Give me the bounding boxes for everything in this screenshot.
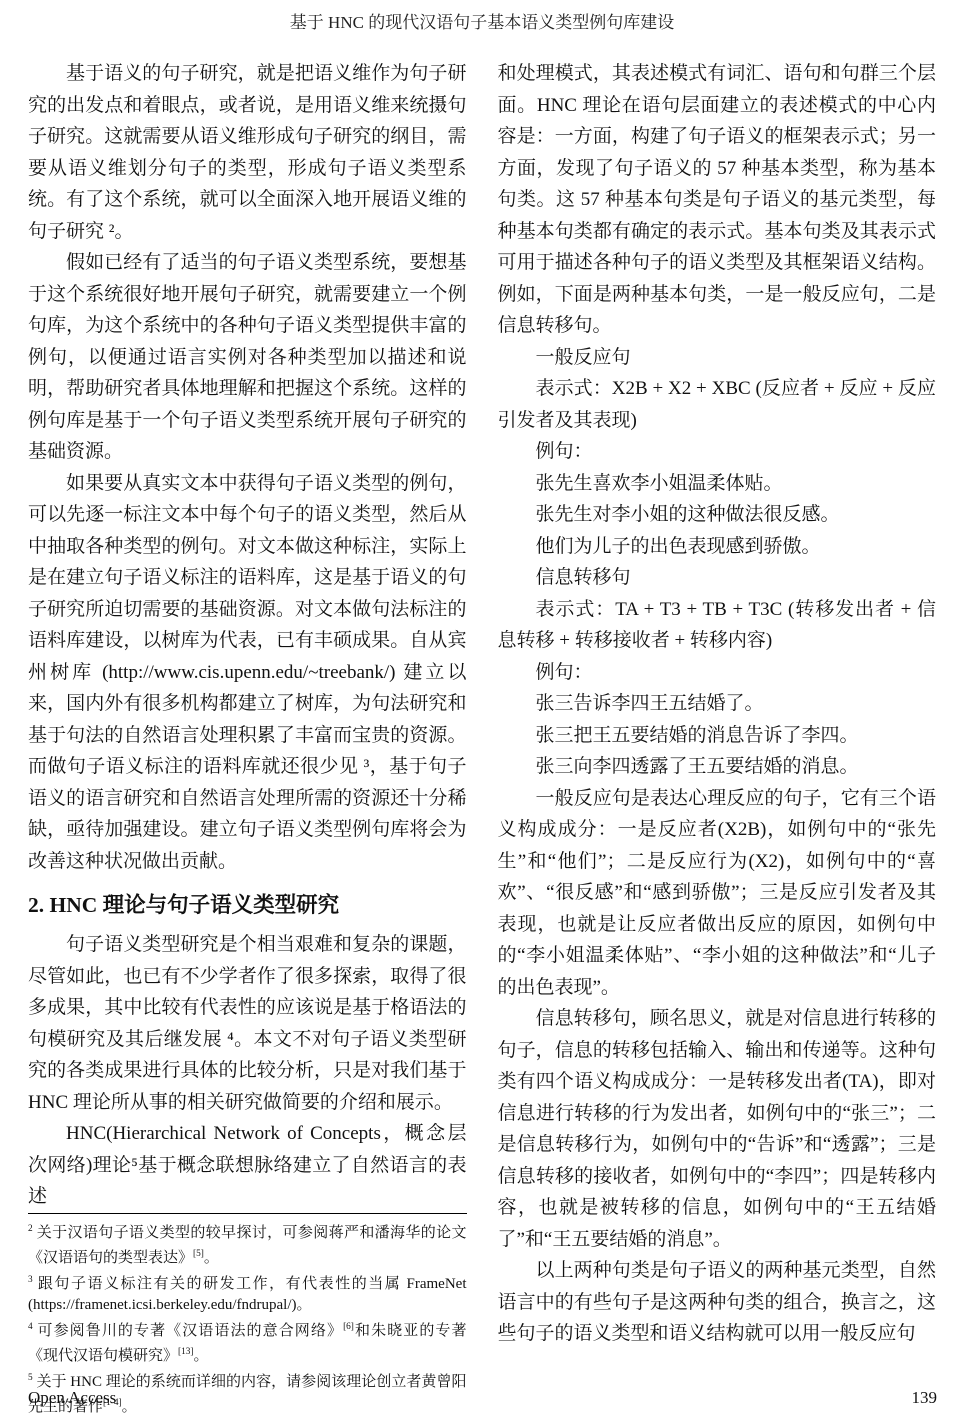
reaction-block-examples-label: 例句： bbox=[498, 436, 937, 468]
paragraph-type-research: 句子语义类型研究是个相当艰难和复杂的课题，尽管如此，也已有不少学者作了很多探索，… bbox=[28, 929, 467, 1118]
section-heading-hnc-theory: 2. HNC 理论与句子语义类型研究 bbox=[28, 890, 467, 920]
transfer-sentence-block: 信息转移句 表示式：TA + T3 + TB + T3C (转移发出者 + 信息… bbox=[498, 562, 937, 783]
paragraph-example-library: 假如已经有了适当的句子语义类型系统，要想基于这个系统很好地开展句子研究，就需要建… bbox=[28, 247, 467, 468]
reaction-sentence-block: 一般反应句 表示式：X2B + X2 + XBC (反应者 + 反应 + 反应引… bbox=[498, 342, 937, 563]
paragraph-hnc-intro: HNC(Hierarchical Network of Concepts，概念层… bbox=[28, 1118, 467, 1213]
left-column: 基于语义的句子研究，就是把语义维作为句子研究的出发点和着眼点，或者说，是用语义维… bbox=[28, 58, 467, 1364]
transfer-example-3: 张三向李四透露了王五要结婚的消息。 bbox=[498, 751, 937, 783]
footnotes-section: 2 关于汉语句子语义类型的较早探讨，可参阅蒋严和潘海华的论文《汉语语句的类型表达… bbox=[28, 1213, 467, 1414]
reaction-block-formula: 表示式：X2B + X2 + XBC (反应者 + 反应 + 反应引发者及其表现… bbox=[498, 373, 937, 436]
footnote-4-text: 可参阅鲁川的专著《汉语语法的意合网络》 bbox=[33, 1323, 343, 1339]
running-head-title: 基于 HNC 的现代汉语句子基本语义类型例句库建设 bbox=[0, 8, 964, 33]
footnote-3: 3 跟句子语义标注有关的研发工作，有代表性的当属 FrameNet (https… bbox=[28, 1270, 467, 1317]
footnote-2: 2 关于汉语句子语义类型的较早探讨，可参阅蒋严和潘海华的论文《汉语语句的类型表达… bbox=[28, 1219, 467, 1270]
paragraph-transfer-explained: 信息转移句，顾名思义，就是对信息进行转移的句子，信息的转移包括输入、输出和传递等… bbox=[498, 1003, 937, 1255]
transfer-block-formula: 表示式：TA + T3 + TB + T3C (转移发出者 + 信息转移 + 转… bbox=[498, 594, 937, 657]
open-access-label: Open Access bbox=[28, 1388, 116, 1408]
footnote-4-ref-2: [13] bbox=[178, 1347, 194, 1357]
page-footer: Open Access 139 bbox=[28, 1388, 937, 1408]
paragraph-semantic-dimension: 基于语义的句子研究，就是把语义维作为句子研究的出发点和着眼点，或者说，是用语义维… bbox=[28, 58, 467, 247]
reaction-example-1: 张先生喜欢李小姐温柔体贴。 bbox=[498, 468, 937, 500]
page-number: 139 bbox=[912, 1388, 938, 1408]
footnote-2-ref: [5] bbox=[193, 1249, 204, 1259]
reaction-block-title: 一般反应句 bbox=[498, 342, 937, 374]
footnote-3-text: 跟句子语义标注有关的研发工作，有代表性的当属 FrameNet (https:/… bbox=[28, 1276, 467, 1314]
paragraph-combination: 以上两种句类是句子语义的两种基元类型，自然语言中的有些句子是这两种句类的组合，换… bbox=[498, 1255, 937, 1350]
footnote-4: 4 可参阅鲁川的专著《汉语语法的意合网络》[6]和朱晓亚的专著《现代汉语句模研究… bbox=[28, 1317, 467, 1368]
transfer-example-1: 张三告诉李四王五结婚了。 bbox=[498, 688, 937, 720]
right-column: 和处理模式，其表述模式有词汇、语句和句群三个层面。HNC 理论在语句层面建立的表… bbox=[498, 58, 937, 1364]
footnote-2-tail: 。 bbox=[204, 1250, 219, 1266]
paragraph-hnc-continuation: 和处理模式，其表述模式有词汇、语句和句群三个层面。HNC 理论在语句层面建立的表… bbox=[498, 58, 937, 342]
transfer-example-2: 张三把王五要结婚的消息告诉了李四。 bbox=[498, 720, 937, 752]
reaction-example-2: 张先生对李小姐的这种做法很反感。 bbox=[498, 499, 937, 531]
reaction-example-3: 他们为儿子的出色表现感到骄傲。 bbox=[498, 531, 937, 563]
transfer-block-title: 信息转移句 bbox=[498, 562, 937, 594]
paragraph-corpus-annotation: 如果要从真实文本中获得句子语义类型的例句，可以先逐一标注文本中每个句子的语义类型… bbox=[28, 468, 467, 878]
footnote-4-ref-1: [6] bbox=[343, 1322, 354, 1332]
paper-page: 基于 HNC 的现代汉语句子基本语义类型例句库建设 基于语义的句子研究，就是把语… bbox=[0, 0, 964, 1414]
paragraph-reaction-explained: 一般反应句是表达心理反应的句子，它有三个语义构成成分：一是反应者(X2B)，如例… bbox=[498, 783, 937, 1004]
two-column-body: 基于语义的句子研究，就是把语义维作为句子研究的出发点和着眼点，或者说，是用语义维… bbox=[28, 58, 936, 1364]
footnote-2-text: 关于汉语句子语义类型的较早探讨，可参阅蒋严和潘海华的论文《汉语语句的类型表达》 bbox=[28, 1225, 467, 1267]
transfer-block-examples-label: 例句： bbox=[498, 657, 937, 689]
footnote-4-tail: 。 bbox=[194, 1348, 209, 1364]
